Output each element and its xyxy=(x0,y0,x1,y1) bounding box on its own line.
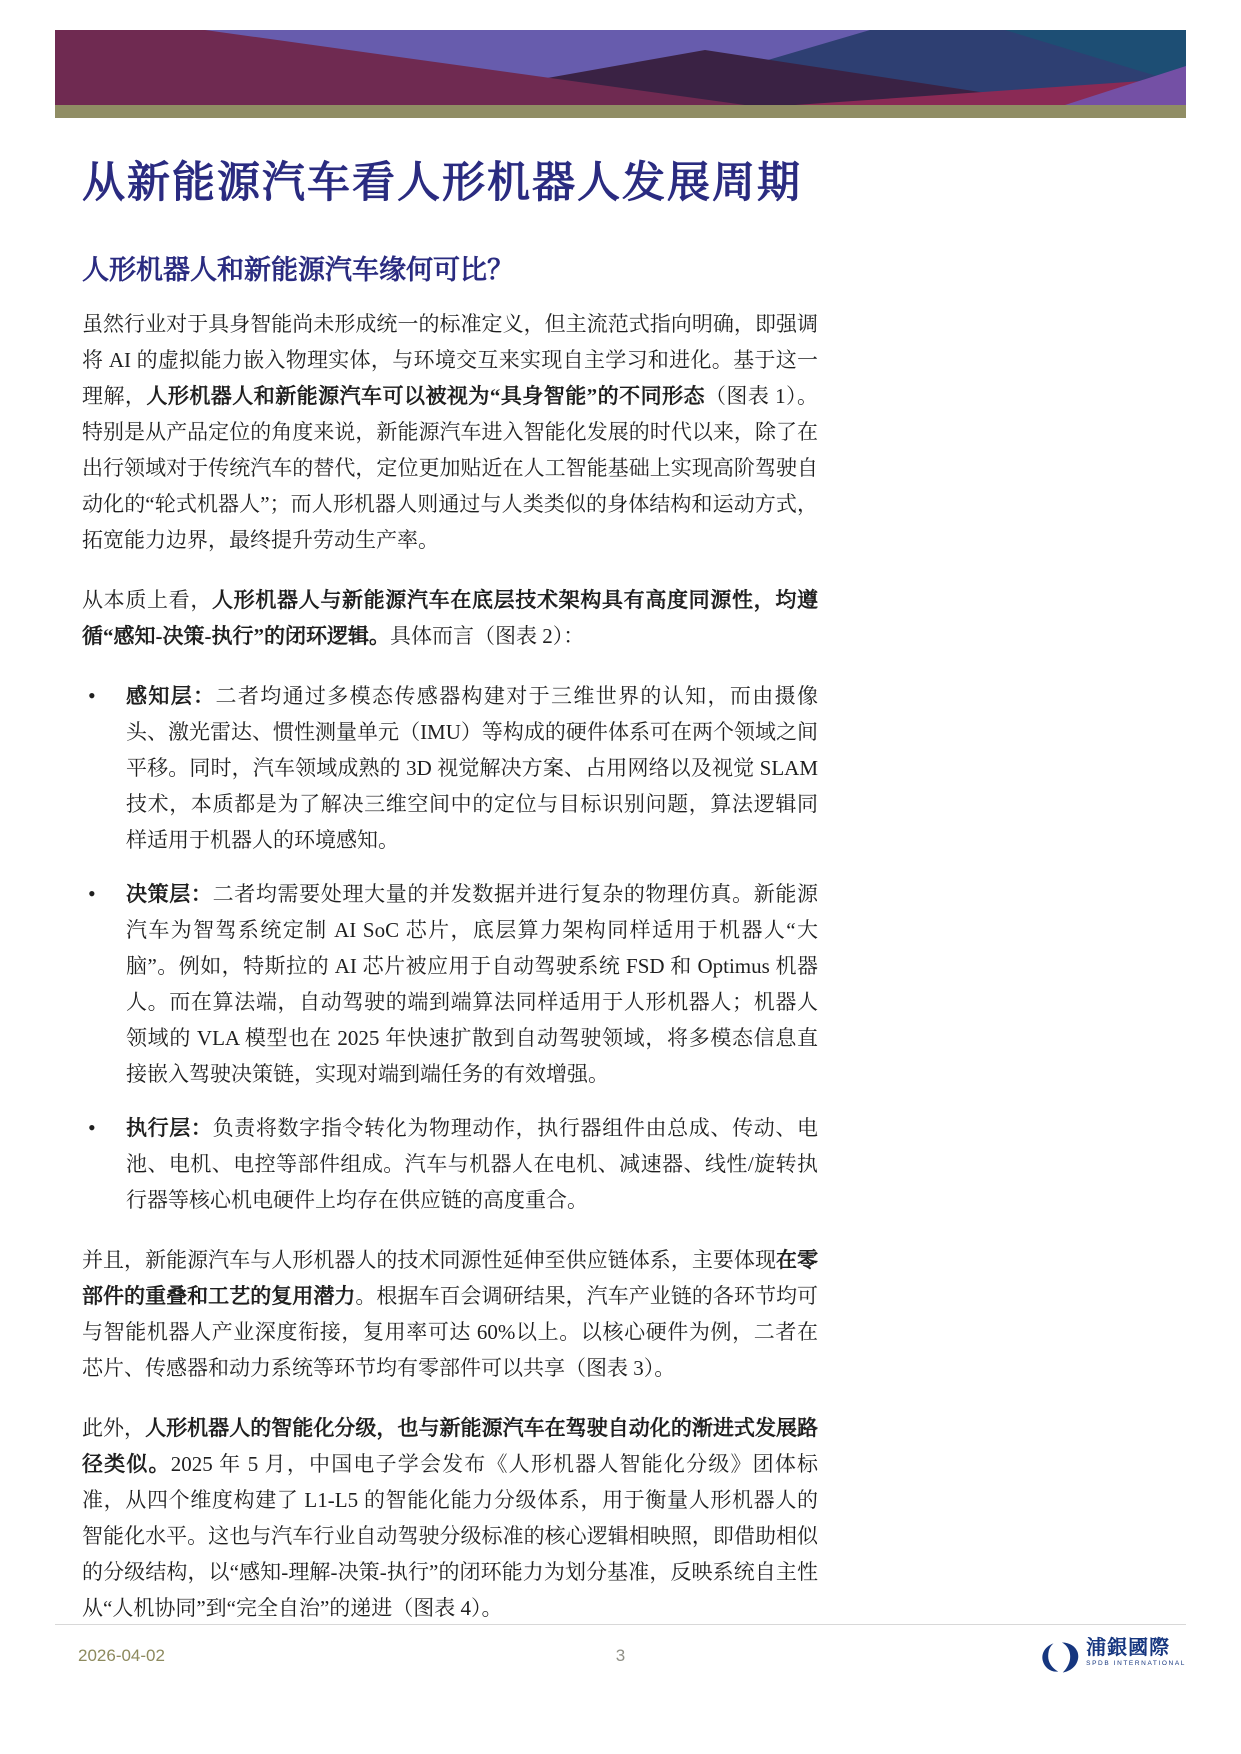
bullet-list: 感知层：二者均通过多模态传感器构建对于三维世界的认知，而由摄像头、激光雷达、惯性… xyxy=(82,678,818,1218)
logo-left-stroke xyxy=(1042,1643,1058,1671)
text-segment-bold: 人形机器人和新能源汽车可以被视为“具身智能”的不同形态 xyxy=(146,384,705,408)
text-segment: 此外， xyxy=(82,1416,145,1440)
logo-text-block: 浦銀國際 SPDB INTERNATIONAL xyxy=(1086,1638,1186,1668)
text-segment: 2025 年 5 月，中国电子学会发布《人形机器人智能化分级》团体标准，从四个维… xyxy=(82,1452,818,1620)
page-title: 从新能源汽车看人形机器人发展周期 xyxy=(82,156,818,212)
report-page: 从新能源汽车看人形机器人发展周期 人形机器人和新能源汽车缘何可比？ 虽然行业对于… xyxy=(0,0,1241,1754)
spdbi-logo-icon xyxy=(1040,1640,1080,1674)
list-item-perception: 感知层：二者均通过多模态传感器构建对于三维世界的认知，而由摄像头、激光雷达、惯性… xyxy=(126,678,818,858)
bullet-text: 负责将数字指令转化为物理动作，执行器组件由总成、传动、电池、电机、电控等部件组成… xyxy=(126,1116,818,1212)
bullet-text: 二者均通过多模态传感器构建对于三维世界的认知，而由摄像头、激光雷达、惯性测量单元… xyxy=(126,684,818,852)
footer: 2026-04-02 3 浦銀國際 SPDB INTERNATIONAL xyxy=(55,1638,1186,1698)
text-segment: （图表 1）。特别是从产品定位的角度来说，新能源汽车进入智能化发展的时代以来，除… xyxy=(82,384,818,552)
section-heading: 人形机器人和新能源汽车缘何可比？ xyxy=(82,252,818,288)
list-item-execution: 执行层：负责将数字指令转化为物理动作，执行器组件由总成、传动、电池、电机、电控等… xyxy=(126,1110,818,1218)
text-segment: 具体而言（图表 2）： xyxy=(390,624,584,648)
header-banner xyxy=(55,30,1186,118)
logo-english-name: SPDB INTERNATIONAL xyxy=(1086,1661,1186,1668)
banner-khaki-bar xyxy=(55,105,1186,118)
spdbi-logo: 浦銀國際 SPDB INTERNATIONAL xyxy=(1040,1638,1186,1674)
bullet-text: 二者均需要处理大量的并发数据并进行复杂的物理仿真。新能源汽车为智驾系统定制 AI… xyxy=(126,882,818,1086)
paragraph-4: 此外，人形机器人的智能化分级，也与新能源汽车在驾驶自动化的渐进式发展路径类似。2… xyxy=(82,1410,818,1626)
paragraph-2: 从本质上看，人形机器人与新能源汽车在底层技术架构具有高度同源性，均遵循“感知-决… xyxy=(82,582,818,654)
paragraph-3: 并且，新能源汽车与人形机器人的技术同源性延伸至供应链体系，主要体现在零部件的重叠… xyxy=(82,1242,818,1386)
paragraph-1: 虽然行业对于具身智能尚未形成统一的标准定义，但主流范式指向明确，即强调将 AI … xyxy=(82,306,818,558)
text-segment: 并且，新能源汽车与人形机器人的技术同源性延伸至供应链体系，主要体现 xyxy=(82,1248,776,1272)
bullet-label: 感知层： xyxy=(126,684,215,708)
banner-graphic xyxy=(55,30,1186,118)
list-item-decision: 决策层：二者均需要处理大量的并发数据并进行复杂的物理仿真。新能源汽车为智驾系统定… xyxy=(126,876,818,1092)
body-text: 虽然行业对于具身智能尚未形成统一的标准定义，但主流范式指向明确，即强调将 AI … xyxy=(82,306,818,1626)
logo-chinese-name: 浦銀國際 xyxy=(1086,1638,1186,1658)
bullet-label: 决策层： xyxy=(126,882,213,906)
bullet-label: 执行层： xyxy=(126,1116,213,1140)
logo-right-stroke xyxy=(1062,1642,1078,1672)
content-column: 从新能源汽车看人形机器人发展周期 人形机器人和新能源汽车缘何可比？ 虽然行业对于… xyxy=(82,118,818,1650)
text-segment: 从本质上看， xyxy=(82,588,212,612)
footer-divider xyxy=(55,1624,1186,1625)
footer-page-number: 3 xyxy=(55,1646,1186,1666)
